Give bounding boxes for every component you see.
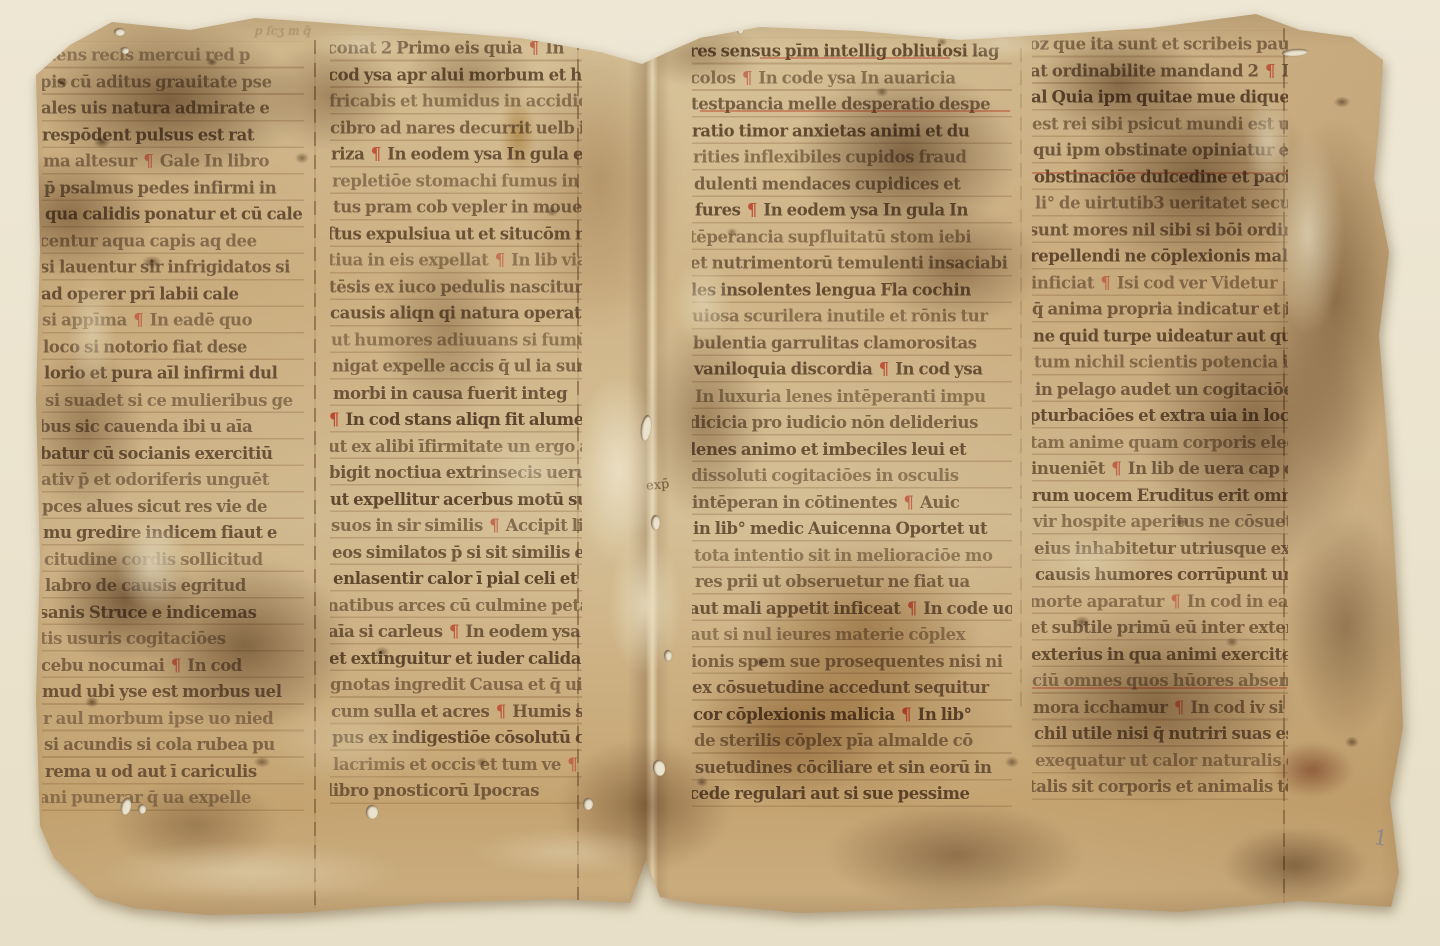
line-text-segment: In eodem ysa In gula In [759, 200, 968, 220]
rubric-paragraph-mark: ¶ [494, 701, 508, 721]
manuscript-line: eos similatos p̄ si sit similis ex [332, 539, 582, 566]
manuscript-line: si suadet si ce mulieribus ge [45, 387, 304, 414]
worm-hole [121, 47, 129, 54]
line-text-segment: al Quia ipm quitae mue dique alia [1032, 87, 1288, 107]
manuscript-line: si lauentur sir infrigidatos si [42, 254, 302, 281]
manuscript-line: tis usuris cogitaciōes [42, 625, 302, 652]
manuscript-line: sanis Struce e indicemas [42, 599, 301, 626]
line-text-segment: vaniloquia discordia [694, 359, 877, 379]
line-text-segment: tis usuris cogitaciōes [42, 628, 226, 648]
worm-hole [1282, 48, 1308, 57]
manuscript-line: natibus arces cū culmine petal [330, 592, 579, 619]
line-text-segment: Gale In libro [155, 151, 269, 171]
line-text-segment: In cod iv si [1186, 697, 1284, 717]
gutter-marginal-note: exp̄ [645, 477, 670, 494]
manuscript-line: morbi in causa fuerit integ [333, 380, 582, 407]
ruling-line-vertical [1020, 48, 1022, 708]
line-text-segment: loco si notorio fiat dese [43, 337, 247, 357]
manuscript-line: tus pram cob vepler in mouet [333, 194, 582, 221]
rubric-paragraph-mark: ¶ [369, 144, 383, 164]
line-text-segment: inficiat [1032, 273, 1098, 293]
rubric-paragraph-mark: ¶ [1168, 591, 1182, 611]
rubric-paragraph-mark: ¶ [169, 655, 183, 675]
line-text-segment: intēperan in cōtinentes [692, 492, 902, 512]
rubric-paragraph-mark: ¶ [905, 598, 919, 618]
line-text-segment: eos similatos p̄ si sit similis ex [332, 542, 582, 562]
line-text-segment: ativ p̄ et odoriferis unguēt [42, 469, 269, 489]
line-text-segment: si suadet si ce mulieribus ge [45, 390, 293, 410]
manuscript-line: est rei sibi psicut mundi est uam [1032, 110, 1288, 137]
line-text-segment: suetudines cōciliare et sin eorū in [695, 757, 992, 777]
line-text-segment: obstinaciōe dulcedine et paciat [1034, 166, 1288, 186]
manuscript-line: gnotas ingredit Causa et q̄ uigu [330, 671, 582, 698]
line-text-segment: at ordinabilite mandand 2 [1032, 60, 1263, 80]
line-text-segment: ut expellitur acerbus motū sue pu [330, 489, 582, 509]
manuscript-line: ratio timor anxietas animi et du [692, 117, 1012, 144]
line-text-segment: respōdent pulsus est rat [42, 124, 254, 144]
line-text-segment: In [579, 754, 582, 774]
manuscript-line: qui ipm obstinate opiniatur eam [1033, 137, 1288, 164]
manuscript-line: pces alues sicut res vie de [42, 493, 304, 520]
manuscript-line: fricabis et humidus in accidiosis A [330, 88, 581, 115]
line-text-segment: r aul morbum ipse uo nied [43, 708, 273, 728]
line-text-segment: lacrimis et occis et tum ve [333, 754, 565, 774]
line-text-segment: Humis sic [508, 701, 582, 721]
manuscript-line: ad operer prī labii cale [42, 280, 303, 307]
line-text-segment: repellendi ne cōplexionis malicia [1032, 246, 1288, 266]
manuscript-line: mud ubi yse est morbus uel [42, 678, 304, 705]
line-text-segment: cibro ad nares decurrit uelb ico [330, 117, 582, 137]
manuscript-line: al Quia ipm quitae mue dique alia [1032, 84, 1287, 111]
manuscript-line: suos in sir similis ¶ Accipit lib [331, 512, 582, 539]
manuscript-line: ciū omnes quos hūores absenlibus et in [1032, 667, 1288, 694]
manuscript-line: tota intentio sit in melioraciōe mo [694, 542, 1012, 569]
manuscript-line: tēperancia supfluitatū stom iebi [692, 223, 1009, 250]
manuscript-line: et nutrimentorū temulenti insaciabi [692, 250, 1010, 277]
line-text-segment: repletiōe stomachi fumus in uiget [332, 170, 582, 190]
line-text-segment: dicicia pro iudicio nōn deliderius [692, 412, 978, 432]
line-text-segment: qui ipm obstinate opiniatur eam [1033, 140, 1288, 160]
line-text-segment: fures [695, 200, 745, 220]
line-text-segment: aut mali appetit inficeat [692, 598, 905, 618]
manuscript-line: testpancia melle desperatio despe [692, 91, 1011, 118]
line-text-segment: mens recis mercui red p [42, 45, 250, 65]
manuscript-line: nigat expelle accis q̄ ul ia sur [332, 353, 582, 380]
line-text-segment: mud ubi yse est morbus uel [42, 681, 282, 701]
line-text-segment: cod ysa apr alui morbum et hīe [330, 64, 582, 84]
manuscript-line: ut expellitur acerbus motū sue pu [330, 486, 582, 513]
line-text-segment: In eodem ysa In gula ex [383, 144, 582, 164]
line-text-segment: chil utile nisi q̄ nutriri suas est [1034, 723, 1288, 743]
manuscript-line: et extinguitur et iuder calida et p [330, 645, 581, 672]
text-column-4: oz que ita sunt et scribeis pauleat ordi… [1032, 31, 1288, 823]
line-text-segment: In lib de uera cap cor [1123, 458, 1288, 478]
line-text-segment: pces alues sicut res vie de [42, 496, 267, 516]
line-text-segment: morbi in causa fuerit integ [333, 383, 567, 403]
line-text-segment: In code ysa In auaricia [754, 67, 956, 87]
line-text-segment: cede regulari aut si sue pessime [692, 783, 970, 803]
manuscript-line: dicicia pro iudicio nōn deliderius [692, 409, 1009, 436]
line-text-segment: ad operer prī labii cale [42, 284, 239, 304]
manuscript-line: morte aparatur ¶ In cod in ea [1032, 588, 1285, 615]
worm-hole [366, 805, 378, 819]
line-text-segment: batur cū socianis exercitiū [42, 443, 273, 463]
manuscript-line: inficiat ¶ Isi cod ver Videtur [1032, 269, 1287, 296]
line-text-segment: bigit noctiua extrinsecis uerum [330, 462, 582, 482]
line-text-segment: tum nichil scientis potencia in anī [1034, 352, 1288, 372]
line-text-segment: sunt mores nil sibi si bōi ordinē di sib… [1032, 220, 1288, 240]
line-text-segment: causis aliqn qi natura operatur [330, 303, 582, 323]
line-text-segment: conat 2 Primo eis quia [330, 38, 527, 58]
manuscript-line: de sterilis cōplex pīa almalde cō [694, 727, 1012, 754]
line-text-segment: fricabis et humidus in accidiosis A [330, 91, 582, 111]
line-text-segment: labro de causis egritud [45, 575, 246, 595]
text-column-1: mens recis mercui red ppis cū aditus gra… [42, 42, 304, 834]
line-text-segment: si appīma [42, 310, 131, 330]
line-text-segment: cor cōplexionis malicia [693, 704, 899, 724]
manuscript-line: causis humores corrūpunt unde [1035, 561, 1288, 588]
line-text-segment: bulentia garrulitas clamorositas [693, 333, 977, 353]
manuscript-line: tum nichil scientis potencia in anī [1034, 349, 1288, 376]
manuscript-line: cibro ad nares decurrit uelb ico [330, 114, 582, 141]
line-text-segment: ma altesur [43, 151, 141, 171]
manuscript-line: ativ p̄ et odoriferis unguēt [42, 466, 303, 493]
manuscript-line: colos ¶ In code ysa In auaricia [692, 64, 1010, 91]
manuscript-line: tiua in eis expellat ¶ In lib via [330, 247, 580, 274]
manuscript-line: eius inhabitetur utriusque exēpli [1034, 535, 1288, 562]
line-text-segment: In luxuria lenes intēperanti impu [695, 386, 986, 406]
line-text-segment: morte aparatur [1032, 591, 1168, 611]
line-text-segment: gnotas ingredit Causa et q̄ uigu [330, 674, 582, 694]
line-text-segment: mora icchamur [1033, 697, 1172, 717]
rubric-paragraph-mark: ¶ [877, 359, 891, 379]
line-text-segment: qua calidis ponatur et cū cale [45, 204, 303, 224]
manuscript-line: ¶ In cod stans aliqn fit alumen [330, 406, 579, 433]
manuscript-line: q̄ anima propria indicatur et imbea [1032, 296, 1288, 323]
trimmed-top-scribble: p ſcʒ m q̄ [254, 24, 313, 38]
manuscript-line: pis cū aditus grauitate pse [42, 68, 302, 95]
manuscript-line: ut ex alibi īfirmitate un ergo ad ec [330, 433, 580, 460]
manuscript-line: vir hospite aperitus ne cōsuetudo [1033, 508, 1288, 535]
line-text-segment: In [541, 38, 564, 58]
line-text-segment: q̄ anima propria indicatur et imbea [1032, 299, 1288, 319]
line-text-segment: p̄ psalmus pedes infirmi in [44, 177, 276, 197]
manuscript-line: oz que ita sunt et scribeis paule [1032, 31, 1285, 58]
line-text-segment: les insolentes lengua Fla cochin [692, 280, 971, 300]
manuscript-line: obstinaciōe dulcedine et paciat ¶ In [1034, 163, 1288, 190]
line-text-segment: ciū omnes quos hūores absenlibus et in [1032, 670, 1288, 690]
manuscript-line: rum uocem Eruditus erit omnis [1032, 482, 1288, 509]
pencil-folio-number: 1 [1372, 825, 1389, 851]
manuscript-line: ne quid turpe uideatur aut qua [1033, 322, 1288, 349]
line-text-segment: In lib via [507, 250, 582, 270]
line-text-segment: citudine cordis sollicitud [44, 549, 263, 569]
rubric-paragraph-mark: ¶ [745, 200, 759, 220]
manuscript-line: in lib° medic Auicenna Oportet ut [693, 515, 1012, 542]
line-text-segment: rema u od aut ī cariculis [45, 761, 257, 781]
manuscript-line: enlasentir calor ī pial celi et in [333, 565, 582, 592]
manuscript-line: aut si nul ieures materie cōplex [692, 621, 1010, 648]
manuscript-line: res prii ut obseruetur ne fiat ua [695, 568, 1012, 595]
line-text-segment: enlasentir calor ī pial celi et in [333, 568, 582, 588]
line-text-segment: ales uis natura admirate e [42, 98, 270, 118]
line-text-segment: uiosa scurilera inutile et rōnis tur [692, 306, 988, 326]
line-text-segment: riza [331, 144, 369, 164]
line-text-segment: aut si nul ieures materie cōplex [692, 624, 965, 644]
line-text-segment: lenes animo et imbeciles leui et [692, 439, 966, 459]
manuscript-line: conat 2 Primo eis quia ¶ In [330, 35, 579, 62]
rubric-paragraph-mark: ¶ [487, 515, 501, 535]
line-text-segment: ut humores adiuuans si fumū ce [331, 330, 582, 350]
line-text-segment: talis sit corporis et animalis tēperiei [1032, 776, 1288, 796]
manuscript-line: exequatur ut calor naturalis et ui [1035, 747, 1288, 774]
line-text-segment: In code uol [919, 598, 1012, 618]
line-text-segment: centur aqua capis aq dee [42, 231, 257, 251]
line-text-segment: ratio timor anxietas animi et du [692, 120, 969, 140]
manuscript-line: ionis spem sue prosequentes nisi ni [692, 648, 1011, 675]
line-text-segment: pturbaciōes et extra uia in locōne [1032, 405, 1288, 425]
manuscript-line: lenes animo et imbeciles leui et [692, 436, 1010, 463]
manuscript-line: mens recis mercui red p [42, 42, 301, 69]
manuscript-line: labro de causis egritud [45, 572, 304, 599]
line-text-segment: testpancia melle desperatio despe [692, 94, 990, 114]
manuscript-line: dissoluti cogitaciōes in osculis [692, 462, 1011, 489]
manuscript-line: bigit noctiua extrinsecis uerum [330, 459, 581, 486]
manuscript-line: repellendi ne cōplexionis malicia [1032, 243, 1286, 270]
manuscript-line: ex cōsuetudine accedunt sequitur [692, 674, 1012, 701]
line-text-segment: colos [692, 67, 740, 87]
line-text-segment: ionis spem sue prosequentes nisi ni [692, 651, 1003, 671]
manuscript-line: in pelago audet un cogitaciōes [1035, 376, 1288, 403]
rubric-paragraph-mark: ¶ [330, 409, 341, 429]
line-text-segment: tota intentio sit in melioraciōe mo [694, 545, 993, 565]
line-text-segment: dissoluti cogitaciōes in osculis [692, 465, 959, 485]
manuscript-line: aut mali appetit inficeat ¶ In code uol [692, 595, 1009, 622]
manuscript-line: In luxuria lenes intēperanti impu [695, 383, 1012, 410]
line-text-segment: ftus expulsiua ut et situcōm ne [330, 224, 582, 244]
line-text-segment: lorio et pura aīl infirmi dul [44, 363, 277, 383]
line-text-segment: aīa si carleus [330, 621, 447, 641]
line-text-segment: vir hospite aperitus ne cōsuetudo [1033, 511, 1288, 531]
line-text-segment: In eadē quo [145, 310, 252, 330]
line-text-segment: res prii ut obseruetur ne fiat ua [695, 571, 970, 591]
line-text-segment: ut ex alibi īfirmitate un ergo ad ec [330, 436, 582, 456]
manuscript-line: tēsis ex iuco pedulis nascitur [330, 273, 581, 300]
manuscript-line: si appīma ¶ In eadē quo [42, 307, 304, 334]
manuscript-line: lorio et pura aīl infirmi dul [44, 360, 304, 387]
line-text-segment: si acundis si cola rubea pu [44, 734, 275, 754]
line-text-segment: libro pnosticorū Ipocras [330, 780, 539, 800]
line-text-segment: et subtile primū eū inter exteriora [1032, 617, 1288, 637]
manuscript-line: suetudines cōciliare et sin eorū in [695, 754, 1012, 781]
line-text-segment: In cod in ea [1183, 591, 1289, 611]
line-text-segment: ne quid turpe uideatur aut qua [1033, 326, 1288, 346]
text-column-2: conat 2 Primo eis quia ¶ Incod ysa apr a… [330, 35, 582, 827]
line-text-segment: exterius in qua animi exercitet cū [1032, 644, 1288, 664]
line-text-segment: Isi cod ver Videtur [1113, 273, 1278, 293]
line-text-segment: oz que ita sunt et scribeis paule [1032, 34, 1288, 54]
manuscript-line: sunt mores nil sibi si bōi ordinē di sib… [1032, 216, 1285, 243]
rubric-paragraph-mark: ¶ [1263, 60, 1277, 80]
line-text-segment: Auic [916, 492, 960, 512]
manuscript-line: cor cōplexionis malicia ¶ In lib° [693, 701, 1012, 728]
line-text-segment: Accipit lib [501, 515, 582, 535]
rubric-paragraph-mark: ¶ [141, 151, 155, 171]
ruling-line-vertical [314, 40, 316, 908]
line-text-segment: exequatur ut calor naturalis et ui [1035, 750, 1288, 770]
manuscript-line: ales uis natura admirate e [42, 95, 303, 122]
manuscript-line: cum sulla et acres ¶ Humis sic [331, 698, 582, 725]
manuscript-line: talis sit corporis et animalis tēperiei [1032, 773, 1285, 800]
parchment-leaf: mens recis mercui red ppis cū aditus gra… [0, 0, 1440, 946]
manuscript-line: p̄ psalmus pedes infirmi in [44, 174, 304, 201]
rubric-paragraph-mark: ¶ [131, 310, 145, 330]
text-column-3: res sensus pīm intellig obliuiosi lagcol… [692, 38, 1012, 830]
line-text-segment: inueniēt [1032, 458, 1109, 478]
manuscript-line: riza ¶ In eodem ysa In gula ex [331, 141, 582, 168]
manuscript-line: mora icchamur ¶ In cod iv si [1033, 694, 1288, 721]
rubric-paragraph-mark: ¶ [493, 250, 507, 270]
rubric-paragraph-mark: ¶ [899, 704, 913, 724]
line-text-segment: li° de uirtutib3 ueritatet secundi [1035, 193, 1288, 213]
manuscript-photo: mens recis mercui red ppis cū aditus gra… [0, 0, 1440, 946]
worm-hole [138, 804, 146, 814]
manuscript-line: ut humores adiuuans si fumū ce [331, 326, 582, 353]
manuscript-line: chil utile nisi q̄ nutriri suas est [1034, 720, 1288, 747]
rubric-paragraph-mark: ¶ [1172, 697, 1186, 717]
line-text-segment: tam anime quam corporis elecciōes [1032, 432, 1288, 452]
parchment-leaf-wrapper: mens recis mercui red ppis cū aditus gra… [0, 0, 1440, 946]
manuscript-line: r aul morbum ipse uo nied [43, 705, 304, 732]
manuscript-line: cede regulari aut si sue pessime [692, 780, 1009, 807]
manuscript-line: pturbaciōes et extra uia in locōne [1032, 402, 1285, 429]
manuscript-line: ani punerar q̄ ua expelle [42, 784, 301, 811]
manuscript-line: li° de uirtutib3 ueritatet secundi [1035, 190, 1288, 217]
manuscript-line: loco si notorio fiat dese [43, 333, 304, 360]
manuscript-line: uiosa scurilera inutile et rōnis tur [692, 303, 1012, 330]
rubric-paragraph-mark: ¶ [565, 754, 579, 774]
line-text-segment: cebu nocumai [42, 655, 169, 675]
line-text-segment: in pelago audet un cogitaciōes [1035, 379, 1288, 399]
line-text-segment: eius inhabitetur utriusque exēpli [1034, 538, 1288, 558]
manuscript-line: intēperan in cōtinentes ¶ Auic [692, 489, 1012, 516]
manuscript-line: si acundis si cola rubea pu [44, 731, 304, 758]
manuscript-line: pus ex indigestiōe cōsolutū cum [332, 724, 582, 751]
manuscript-line: causis aliqn qi natura operatur [330, 300, 582, 327]
line-text-segment: et nutrimentorū temulenti insaciabi [692, 253, 1007, 273]
manuscript-line: et subtile primū eū inter exteriora [1032, 614, 1286, 641]
line-text-segment: res sensus pīm intellig obliuiosi lag [692, 41, 999, 61]
manuscript-line: ma altesur ¶ Gale In libro [43, 148, 304, 175]
manuscript-line: bulentia garrulitas clamorositas [693, 329, 1012, 356]
line-text-segment: pis cū aditus grauitate pse [42, 71, 272, 91]
line-text-segment: suos in sir similis [331, 515, 487, 535]
rubric-paragraph-mark: ¶ [527, 38, 541, 58]
line-text-segment: mu gredire indicem fiaut e [43, 522, 277, 542]
manuscript-line: cebu nocumai ¶ In cod [42, 652, 303, 679]
line-text-segment: de sterilis cōplex pīa almalde cō [694, 730, 973, 750]
manuscript-line: respōdent pulsus est rat [42, 121, 304, 148]
line-text-segment: ex cōsuetudine accedunt sequitur [692, 677, 989, 697]
line-text-segment: si lauentur sir infrigidatos si [42, 257, 290, 277]
manuscript-line: les insolentes lengua Fla cochin [692, 276, 1011, 303]
line-text-segment: pus ex indigestiōe cōsolutū cum [332, 727, 582, 747]
manuscript-line: inueniēt ¶ In lib de uera cap cor [1032, 455, 1287, 482]
manuscript-line: libro pnosticorū Ipocras [330, 777, 579, 804]
manuscript-line: aīa si carleus ¶ In eodem ysa [330, 618, 580, 645]
manuscript-line: fures ¶ In eodem ysa In gula In [695, 197, 1012, 224]
line-text-segment: est rei sibi psicut mundi est uam [1032, 113, 1288, 133]
centre-fold-crease [628, 18, 670, 908]
rubric-paragraph-mark: ¶ [1098, 273, 1112, 293]
line-text-segment: In eodem ysa [461, 621, 580, 641]
line-text-segment: rum uocem Eruditus erit omnis [1032, 485, 1288, 505]
line-text-segment: In lib° [913, 704, 971, 724]
manuscript-line: exterius in qua animi exercitet cū [1032, 641, 1287, 668]
worm-hole [651, 515, 660, 530]
manuscript-line: lacrimis et occis et tum ve ¶ In [333, 751, 582, 778]
line-text-segment: In cod stans aliqn fit alumen [341, 409, 582, 429]
line-text-segment: tiua in eis expellat [330, 250, 493, 270]
manuscript-line: repletiōe stomachi fumus in uiget [332, 167, 582, 194]
rubric-paragraph-mark: ¶ [902, 492, 916, 512]
line-text-segment: In cod [183, 655, 242, 675]
worm-hole [664, 650, 672, 661]
manuscript-line: qua calidis ponatur et cū cale [45, 201, 304, 228]
line-text-segment: tus pram cob vepler in mouet [333, 197, 582, 217]
worm-hole [114, 28, 125, 36]
manuscript-line: tam anime quam corporis elecciōes [1032, 429, 1286, 456]
manuscript-line: ftus expulsiua ut et situcōm ne [330, 220, 579, 247]
manuscript-line: mu gredire indicem fiaut e [43, 519, 304, 546]
rubric-paragraph-mark: ¶ [447, 621, 461, 641]
line-text-segment: causis humores corrūpunt unde [1035, 564, 1288, 584]
line-text-segment: tēsis ex iuco pedulis nascitur [330, 277, 582, 297]
worm-hole [583, 798, 593, 810]
line-text-segment: tēperancia supfluitatū stom iebi [692, 227, 971, 247]
worm-hole [736, 20, 744, 34]
manuscript-line: cod ysa apr alui morbum et hīe [330, 61, 580, 88]
manuscript-line: bus sic cauenda ibi u aīa [42, 413, 301, 440]
rubric-paragraph-mark: ¶ [740, 67, 754, 87]
line-text-segment: nigat expelle accis q̄ ul ia sur [332, 356, 582, 376]
line-text-segment: dulenti mendaces cupidices et [694, 173, 960, 193]
manuscript-line: at ordinabilite mandand 2 ¶ In cod [1032, 57, 1286, 84]
manuscript-line: rities inflexibiles cupidos fraud [693, 144, 1012, 171]
manuscript-line: dulenti mendaces cupidices et [694, 170, 1012, 197]
line-text-segment: In cod [1277, 60, 1288, 80]
line-text-segment: ani punerar q̄ ua expelle [42, 787, 251, 807]
line-text-segment: bus sic cauenda ibi u aīa [42, 416, 252, 436]
line-text-segment: rities inflexibiles cupidos fraud [693, 147, 966, 167]
manuscript-line: centur aqua capis aq dee [42, 227, 301, 254]
manuscript-line: res sensus pīm intellig obliuiosi lag [692, 38, 1009, 65]
line-text-segment: natibus arces cū culmine petal [330, 595, 582, 615]
manuscript-line: vaniloquia discordia ¶ In cod ysa [694, 356, 1012, 383]
manuscript-line: citudine cordis sollicitud [44, 546, 304, 573]
manuscript-line: rema u od aut ī cariculis [45, 758, 304, 785]
rubric-paragraph-mark: ¶ [1109, 458, 1123, 478]
line-text-segment: cum sulla et acres [331, 701, 494, 721]
line-text-segment: In cod ysa [891, 359, 983, 379]
line-text-segment: et extinguitur et iuder calida et p [330, 648, 582, 668]
manuscript-line: batur cū socianis exercitiū [42, 440, 302, 467]
line-text-segment: in lib° medic Auicenna Oportet ut [693, 518, 987, 538]
line-text-segment: sanis Struce e indicemas [42, 602, 257, 622]
